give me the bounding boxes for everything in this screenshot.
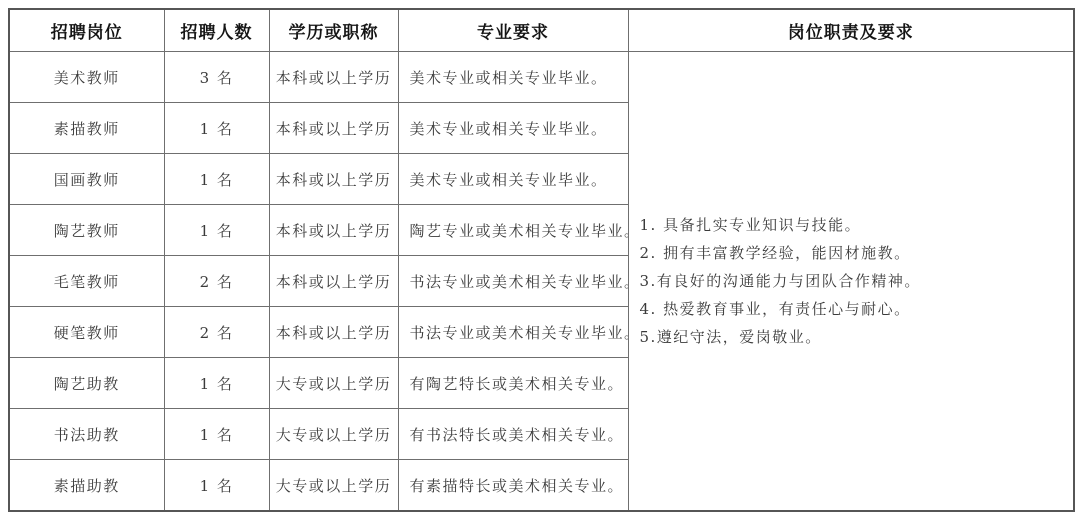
header-major: 专业要求 bbox=[398, 9, 628, 52]
cell-major: 有书法特长或美术相关专业。 bbox=[398, 409, 628, 460]
cell-position: 素描教师 bbox=[9, 103, 164, 154]
cell-position: 素描助教 bbox=[9, 460, 164, 512]
responsibility-item: 2. 拥有丰富教学经验，能因材施教。 bbox=[640, 239, 1074, 267]
cell-position: 书法助教 bbox=[9, 409, 164, 460]
cell-major: 有陶艺特长或美术相关专业。 bbox=[398, 358, 628, 409]
responsibility-item: 3.有良好的沟通能力与团队合作精神。 bbox=[640, 267, 1074, 295]
cell-count: 1 名 bbox=[164, 103, 269, 154]
cell-major: 书法专业或美术相关专业毕业。 bbox=[398, 307, 628, 358]
cell-education: 本科或以上学历 bbox=[269, 52, 398, 103]
header-position: 招聘岗位 bbox=[9, 9, 164, 52]
cell-count: 1 名 bbox=[164, 409, 269, 460]
cell-major: 有素描特长或美术相关专业。 bbox=[398, 460, 628, 512]
cell-position: 国画教师 bbox=[9, 154, 164, 205]
header-education: 学历或职称 bbox=[269, 9, 398, 52]
responsibility-item: 5.遵纪守法，爱岗敬业。 bbox=[640, 323, 1074, 351]
cell-responsibilities: 1. 具备扎实专业知识与技能。 2. 拥有丰富教学经验，能因材施教。 3.有良好… bbox=[628, 52, 1074, 512]
cell-education: 本科或以上学历 bbox=[269, 307, 398, 358]
cell-major: 美术专业或相关专业毕业。 bbox=[398, 103, 628, 154]
cell-count: 2 名 bbox=[164, 307, 269, 358]
recruitment-table-grid: 招聘岗位 招聘人数 学历或职称 专业要求 岗位职责及要求 美术教师 3 名 本科… bbox=[8, 8, 1075, 512]
cell-count: 1 名 bbox=[164, 205, 269, 256]
cell-education: 本科或以上学历 bbox=[269, 205, 398, 256]
recruitment-table: 招聘岗位 招聘人数 学历或职称 专业要求 岗位职责及要求 美术教师 3 名 本科… bbox=[8, 8, 1075, 512]
cell-position: 硬笔教师 bbox=[9, 307, 164, 358]
header-row: 招聘岗位 招聘人数 学历或职称 专业要求 岗位职责及要求 bbox=[9, 9, 1074, 52]
header-count: 招聘人数 bbox=[164, 9, 269, 52]
cell-count: 1 名 bbox=[164, 358, 269, 409]
table-row: 美术教师 3 名 本科或以上学历 美术专业或相关专业毕业。 1. 具备扎实专业知… bbox=[9, 52, 1074, 103]
cell-major: 书法专业或美术相关专业毕业。 bbox=[398, 256, 628, 307]
cell-education: 大专或以上学历 bbox=[269, 460, 398, 512]
cell-major: 美术专业或相关专业毕业。 bbox=[398, 154, 628, 205]
cell-education: 本科或以上学历 bbox=[269, 256, 398, 307]
cell-count: 1 名 bbox=[164, 154, 269, 205]
cell-position: 美术教师 bbox=[9, 52, 164, 103]
responsibility-item: 1. 具备扎实专业知识与技能。 bbox=[640, 211, 1074, 239]
cell-education: 本科或以上学历 bbox=[269, 154, 398, 205]
cell-position: 毛笔教师 bbox=[9, 256, 164, 307]
cell-major: 陶艺专业或美术相关专业毕业。 bbox=[398, 205, 628, 256]
responsibility-item: 4. 热爱教育事业，有责任心与耐心。 bbox=[640, 295, 1074, 323]
cell-major: 美术专业或相关专业毕业。 bbox=[398, 52, 628, 103]
cell-education: 大专或以上学历 bbox=[269, 409, 398, 460]
cell-count: 1 名 bbox=[164, 460, 269, 512]
cell-position: 陶艺助教 bbox=[9, 358, 164, 409]
cell-count: 2 名 bbox=[164, 256, 269, 307]
cell-education: 大专或以上学历 bbox=[269, 358, 398, 409]
cell-count: 3 名 bbox=[164, 52, 269, 103]
cell-education: 本科或以上学历 bbox=[269, 103, 398, 154]
header-responsibilities: 岗位职责及要求 bbox=[628, 9, 1074, 52]
cell-position: 陶艺教师 bbox=[9, 205, 164, 256]
